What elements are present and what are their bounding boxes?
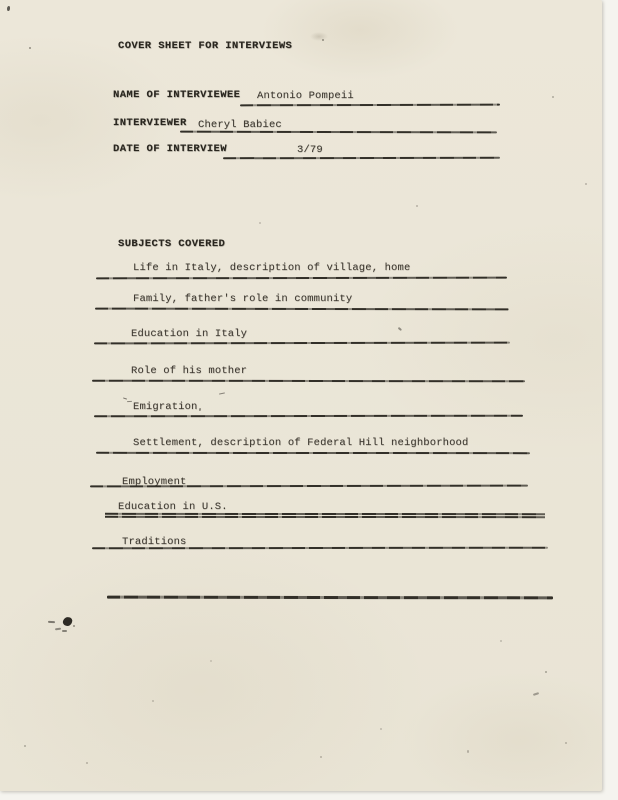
ink-speck (467, 750, 469, 753)
ink-speck (416, 205, 418, 207)
subject-line-8: Education in U.S. (118, 502, 228, 513)
document-title: COVER SHEET FOR INTERVIEWS (118, 41, 292, 52)
ink-speck (380, 728, 382, 730)
ink-speck (259, 222, 261, 224)
ink-speck (565, 742, 567, 744)
ink-speck (210, 660, 212, 662)
ink-speck (320, 756, 322, 758)
ink-speck (86, 762, 88, 764)
ink-speck (62, 630, 67, 632)
interview-date-label: DATE OF INTERVIEW (113, 144, 227, 155)
subject-line-4: Role of his mother (131, 366, 247, 377)
interview-date-value: 3/79 (297, 145, 323, 156)
subject-rule-6 (96, 452, 530, 454)
ink-speck (29, 47, 31, 49)
subjects-heading: SUBJECTS COVERED (118, 239, 225, 250)
subject-line-3: Education in Italy (131, 329, 247, 340)
ink-speck (552, 96, 554, 98)
ink-speck (24, 745, 26, 747)
ink-speck (585, 183, 587, 185)
subject-line-2: Family, father's role in community (133, 294, 352, 305)
interviewee-value: Antonio Pompeii (257, 91, 354, 102)
subject-line-6: Settlement, description of Federal Hill … (133, 438, 468, 449)
ink-speck (152, 700, 154, 702)
subject-rule-8 (105, 513, 545, 518)
ink-speck (500, 640, 502, 642)
ink-speck (73, 625, 75, 627)
ink-speck (545, 671, 547, 673)
subject-line-5: Emigration (133, 402, 198, 413)
interviewer-value: Cheryl Babiec (198, 120, 282, 131)
interviewer-label: INTERVIEWER (113, 118, 187, 129)
scanned-document: COVER SHEET FOR INTERVIEWS NAME OF INTER… (0, 0, 618, 800)
interviewee-label: NAME OF INTERVIEWEE (113, 90, 240, 101)
ink-smudge (310, 32, 328, 41)
subject-line-1: Life in Italy, description of village, h… (133, 263, 410, 274)
paper-sheet (0, 0, 602, 791)
ink-speck (322, 39, 324, 41)
